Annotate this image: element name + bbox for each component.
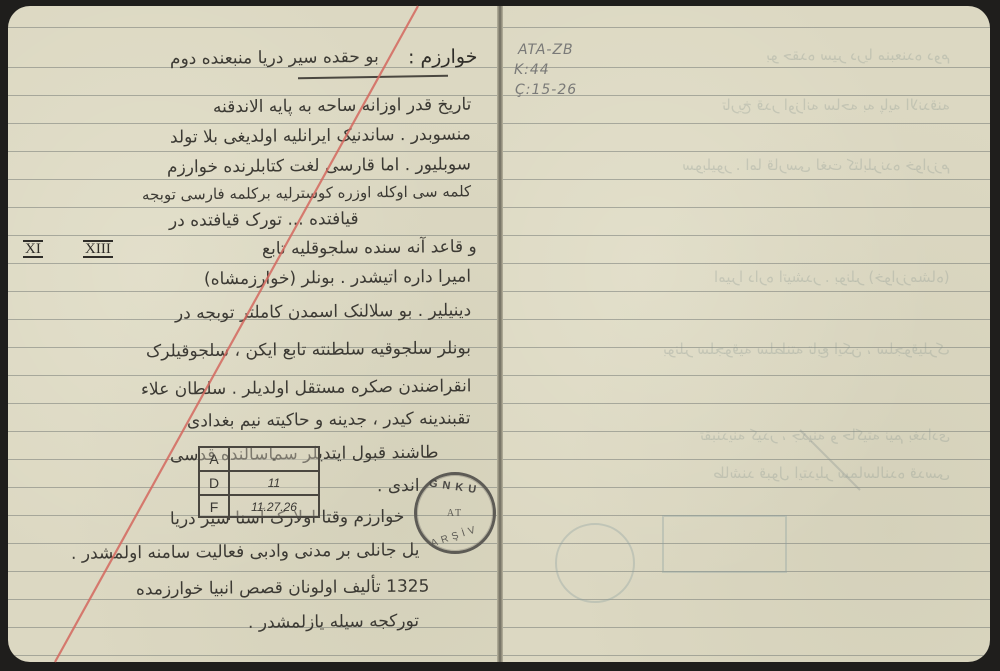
handwritten-line: تاریخ قدر اوزانه ساحه به پایه الاندقنه: [213, 95, 472, 118]
bleed-through-text: تاریخ قدر اوزانه ساحه به پایه الاندقنه: [722, 96, 950, 114]
catalog-value: 11.27.26: [230, 496, 318, 520]
handwritten-line: بونلر سلجوقیه سلطنته تابع ایکن ، سلجوقیل…: [146, 338, 471, 361]
bleed-through-text: امیرا داره اتیشدر . بونلر (خوارزمشاه): [714, 268, 950, 286]
handwritten-line: یل جانلی بر مدنی وادبی فعالیت سامنه اولم…: [70, 540, 419, 564]
pencil-note-box: K:44: [514, 62, 550, 78]
catalog-row-d: D 11: [200, 472, 318, 496]
bleed-through-text: طاشند قبول ایتدیلر سماسالنده قدسی: [713, 464, 950, 482]
catalog-box: A - D 11 F 11.27.26: [198, 446, 320, 518]
catalog-key: A: [200, 448, 230, 470]
handwritten-line: 1325 تألیف اولونان قصص انبیا خوارزمده: [136, 576, 430, 599]
handwritten-line: انقراضندن صکره مستقل اولدیلر . سلطان علا…: [140, 376, 471, 399]
handwritten-line: کلمه سی اوکله اوزره کوسترلیه برکلمه فارس…: [142, 182, 471, 203]
handwritten-line: اندی .: [376, 476, 419, 496]
bleed-through-stamp: [555, 523, 635, 603]
bleed-through-catalog-box: [662, 515, 787, 573]
handwritten-line: منسوبدر . ساندنیک ایرانلیه اولدیغی بلا ت…: [170, 124, 471, 147]
handwritten-line: تقبندینه کیدر ، جدینه و حاکیته نیم بغداد…: [187, 409, 471, 432]
notebook-gutter: [497, 6, 503, 662]
roman-numeral-xi: XI: [23, 240, 43, 258]
pencil-note-folder: Ç:15-26: [515, 82, 577, 98]
catalog-key: F: [200, 496, 230, 520]
pencil-note-collection: ATA-ZB: [518, 42, 574, 58]
handwritten-line: سوبلیور . اما قارسی لغت کتابلرنده خوارزم: [167, 154, 471, 177]
bleed-through-text: تقبندینه کیدر ، جدینه و حاکیته نیم بغداد…: [700, 426, 950, 444]
handwritten-line: قیافتده ... تورک قیافتده در: [169, 209, 359, 231]
bleed-through-text: سوبلیور . اما قارسی لغت کتابلرنده خوارزم: [682, 156, 950, 174]
catalog-row-a: A -: [200, 448, 318, 472]
catalog-value: -: [230, 448, 318, 470]
bleed-through-text: بو حقده سیر دریا منبعنده دوم: [766, 46, 950, 64]
heading-text: خوارزم :: [407, 46, 477, 69]
catalog-key: D: [200, 472, 230, 494]
bleed-through-text: بونلر سلجوقیه سلطنته تابع ایکن ، سلجوقیل…: [663, 340, 950, 358]
roman-numeral-xiii: XIII: [83, 240, 113, 258]
catalog-value: 11: [230, 472, 318, 494]
left-page: خوارزم : بو حقده سیر دریا منبعنده دوم تا…: [8, 6, 499, 662]
handwritten-line: امیرا داره اتیشدر . بونلر (خوارزمشاه): [204, 267, 471, 290]
handwritten-line: بو حقده سیر دریا منبعنده دوم: [170, 47, 379, 69]
handwritten-line: دینیلیر . بو سلالنک اسمدن کاملتر توبجه د…: [175, 300, 471, 323]
handwritten-line: تورکجه سیله یازلمشدر .: [248, 611, 419, 633]
notebook-spread: خوارزم : بو حقده سیر دریا منبعنده دوم تا…: [0, 0, 1000, 671]
stamp-middle-text: AT: [417, 508, 493, 519]
catalog-row-f: F 11.27.26: [200, 496, 318, 520]
archive-stamp: GNKU AT ARŞİV: [414, 472, 496, 554]
handwritten-line: و قاعد آنه سنده سلجوقلیه تابع: [262, 237, 477, 259]
